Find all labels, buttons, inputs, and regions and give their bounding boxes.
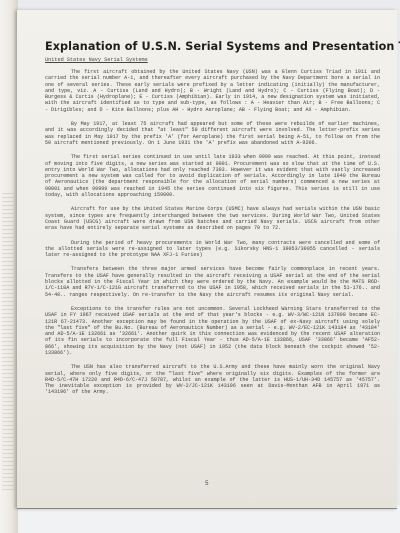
page-content: Explanation of U.S.N. Serial Systems and… bbox=[45, 40, 380, 404]
document-page: Explanation of U.S.N. Serial Systems and… bbox=[17, 10, 397, 509]
desk-surface bbox=[0, 505, 400, 533]
section-heading: United States Navy Serial Systems bbox=[45, 57, 380, 63]
page-number: 5 bbox=[205, 480, 209, 487]
paragraph-exceptions: Exceptions to the transfer rules are not… bbox=[45, 306, 380, 356]
adjacent-page-edge bbox=[0, 0, 18, 533]
page-title: Explanation of U.S.N. Serial Systems and… bbox=[45, 40, 380, 53]
paragraph-series-continuation: The first serial series continued in use… bbox=[45, 154, 380, 198]
paragraph-cancelled-contracts: During the period of heavy procurements … bbox=[45, 240, 380, 259]
paragraph-usmc-uscg: Aircraft for use by the United States Ma… bbox=[45, 206, 380, 231]
paragraph-transfers: Transfers between the three major armed … bbox=[45, 266, 380, 297]
paragraph-early-serials: The first aircraft obtained by the Unite… bbox=[45, 69, 380, 113]
paragraph-1917-prefix: By May 1917, at least 75 aircraft had ap… bbox=[45, 121, 380, 146]
adjacent-page-text bbox=[2, 190, 14, 490]
paragraph-army-transfers: The USN has also transferred aircraft to… bbox=[45, 364, 380, 395]
